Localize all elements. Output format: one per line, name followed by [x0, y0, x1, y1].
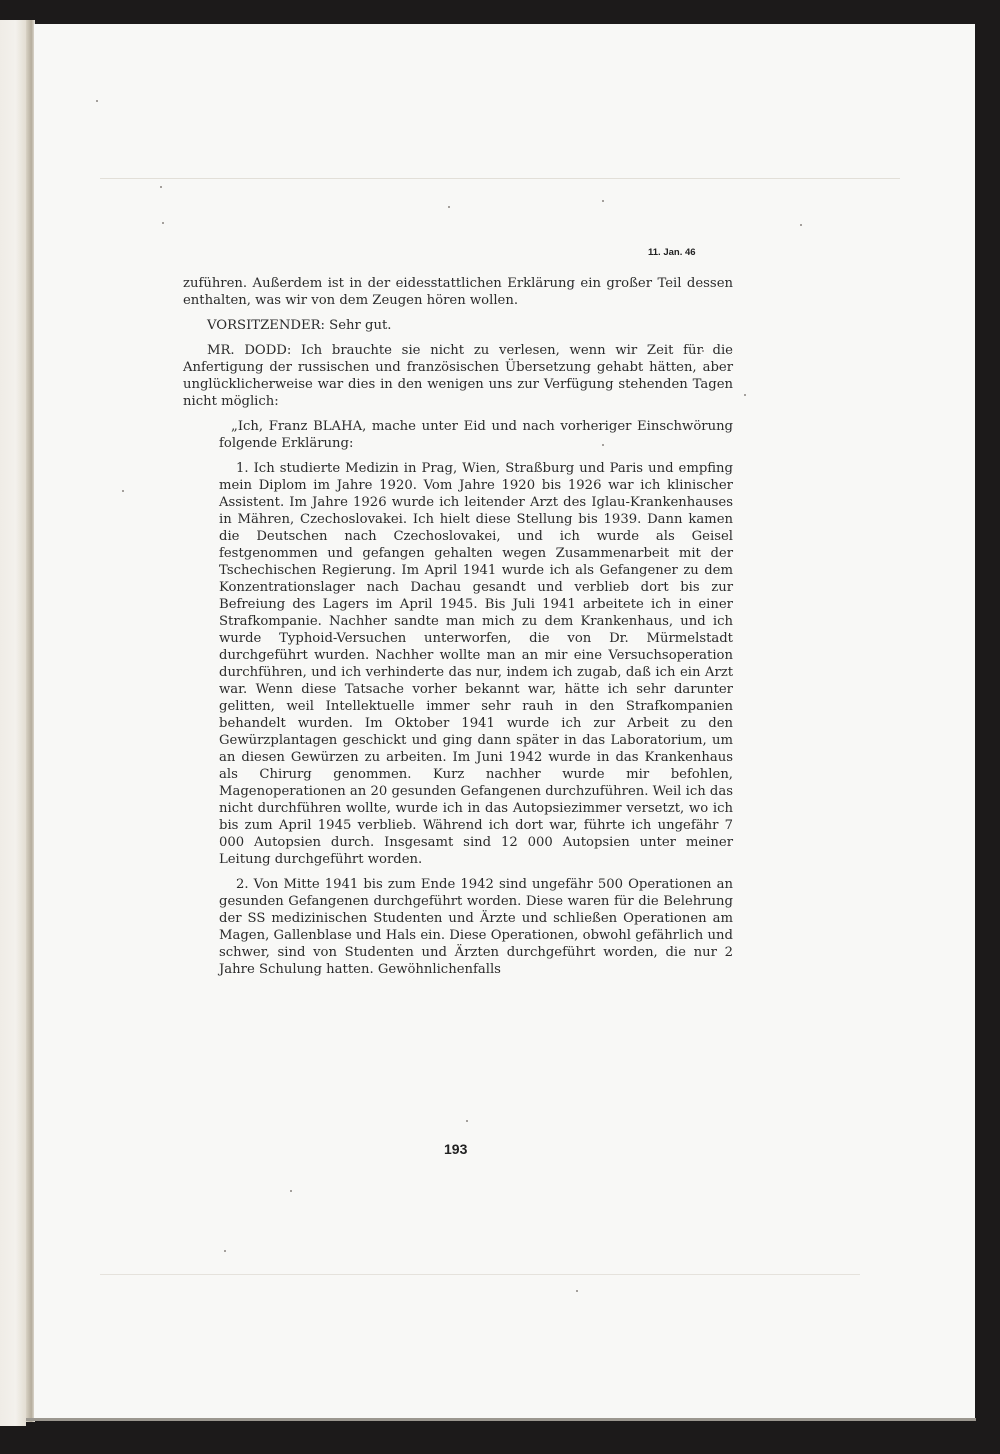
show-through-line-bottom — [100, 1274, 860, 1275]
paper-speck — [466, 1120, 468, 1122]
affidavit-item-1: 1. Ich studierte Medizin in Prag, Wien, … — [219, 460, 733, 868]
paper-speck — [744, 394, 746, 396]
paper-speck — [162, 222, 164, 224]
paragraph-continuation: zuführen. Außerdem ist in der eidesstatt… — [183, 275, 733, 309]
paper-speck — [448, 206, 450, 208]
paper-speck — [96, 100, 98, 102]
page-number: 193 — [444, 1141, 467, 1157]
paper-speck — [602, 200, 604, 202]
paper-speck — [224, 1250, 226, 1252]
show-through-line-top — [100, 178, 900, 179]
paragraph-vorsitzender: VORSITZENDER: Sehr gut. — [183, 317, 733, 334]
paper-speck — [122, 490, 124, 492]
paper-speck — [160, 186, 162, 188]
body-text: zuführen. Außerdem ist in der eidesstatt… — [183, 275, 733, 986]
previous-page-edge — [0, 20, 26, 1426]
page-bottom-edge — [26, 1418, 976, 1421]
paragraph-mr-dodd: MR. DODD: Ich brauchte sie nicht zu verl… — [183, 342, 733, 410]
item-number: 2. — [236, 877, 249, 892]
affidavit-opening: „Ich, Franz BLAHA, mache unter Eid und n… — [219, 418, 733, 452]
running-header-date: 11. Jan. 46 — [648, 247, 696, 258]
speaker-label: MR. DODD: — [207, 343, 291, 358]
paper-speck — [576, 1290, 578, 1292]
paper-speck — [290, 1190, 292, 1192]
speech-text: Sehr gut. — [325, 318, 391, 333]
affidavit-quote: „Ich, Franz BLAHA, mache unter Eid und n… — [219, 418, 733, 978]
item-text: Von Mitte 1941 bis zum Ende 1942 sind un… — [219, 877, 733, 977]
item-text: Ich studierte Medizin in Prag, Wien, Str… — [219, 461, 733, 867]
speaker-label: VORSITZENDER: — [207, 318, 325, 333]
paper-speck — [800, 224, 802, 226]
item-number: 1. — [236, 461, 249, 476]
affidavit-item-2: 2. Von Mitte 1941 bis zum Ende 1942 sind… — [219, 876, 733, 978]
